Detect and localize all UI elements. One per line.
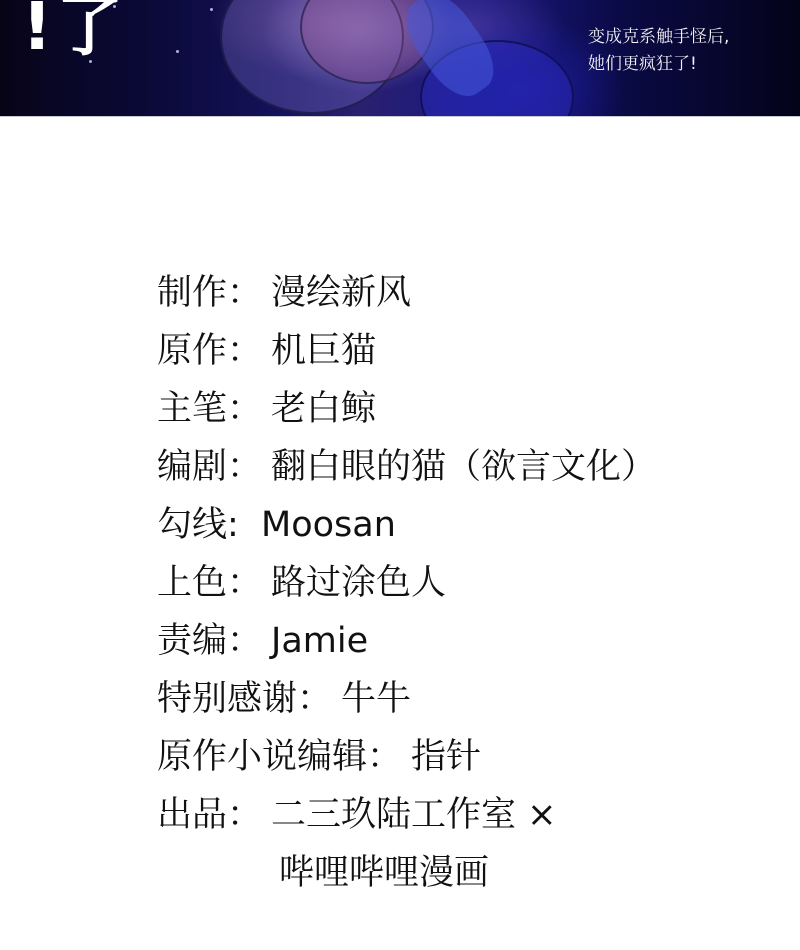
credit-publisher: 出品 ： 二三玖陆工作室 × — [157, 786, 656, 844]
credit-lead-artist: 主笔 ： 老白鲸 — [157, 380, 656, 438]
credit-original-work: 原作 ： 机巨猫 — [157, 322, 656, 380]
credit-name: 机巨猫 — [271, 322, 376, 380]
credit-separator: ： — [367, 728, 411, 786]
credit-role: 主笔 — [157, 380, 227, 438]
credit-editor: 责编 ： Jamie — [157, 612, 656, 670]
credit-role: 特别感谢 — [157, 670, 297, 728]
credit-name: 路过涂色人 — [271, 554, 446, 612]
credit-special-thanks: 特别感谢 ： 牛牛 — [157, 670, 656, 728]
sparkle-icon — [176, 50, 179, 53]
caption-line-2: 她们更疯狂了! — [588, 51, 729, 78]
credit-separator: ： — [297, 670, 341, 728]
credit-line-art: 勾线 : Moosan — [157, 496, 656, 554]
credit-name: 老白鲸 — [271, 380, 376, 438]
credit-name: 二三玖陆工作室 × — [271, 786, 556, 844]
banner-title-fragment: !了 — [22, 0, 126, 60]
credit-name: 漫绘新风 — [271, 264, 411, 322]
caption-line-1: 变成克系触手怪后, — [588, 24, 729, 51]
credit-name: 翻白眼的猫（欲言文化） — [271, 438, 656, 496]
credit-name: 指针 — [411, 728, 481, 786]
credit-separator: ： — [227, 612, 271, 670]
credit-name: Jamie — [271, 612, 368, 670]
credit-screenwriter: 编剧 ： 翻白眼的猫（欲言文化） — [157, 438, 656, 496]
credit-publisher-continuation: 哔哩哔哩漫画 — [157, 844, 656, 902]
credit-separator: ： — [227, 438, 271, 496]
credit-separator: ： — [227, 322, 271, 380]
credit-role: 制作 — [157, 264, 227, 322]
credit-coloring: 上色 ： 路过涂色人 — [157, 554, 656, 612]
credit-novel-editor: 原作小说编辑 ： 指针 — [157, 728, 656, 786]
credit-role: 上色 — [157, 554, 227, 612]
credit-production: 制作 ： 漫绘新风 — [157, 264, 656, 322]
comic-panel-banner: !了 变成克系触手怪后, 她们更疯狂了! — [0, 0, 800, 117]
credit-separator: ： — [227, 554, 271, 612]
panel-border — [0, 116, 800, 117]
credit-separator: ： — [227, 380, 271, 438]
credit-separator: ： — [227, 264, 271, 322]
credit-name: Moosan — [261, 496, 396, 554]
credit-role: 原作小说编辑 — [157, 728, 367, 786]
sparkle-icon — [210, 8, 213, 11]
credit-name: 牛牛 — [341, 670, 411, 728]
credit-role: 勾线 — [157, 496, 227, 554]
banner-caption: 变成克系触手怪后, 她们更疯狂了! — [588, 24, 729, 78]
credit-role: 出品 — [157, 786, 227, 844]
credit-role: 责编 — [157, 612, 227, 670]
credit-separator: ： — [227, 786, 271, 844]
credit-role: 原作 — [157, 322, 227, 380]
credit-separator: : — [227, 496, 261, 554]
credits-list: 制作 ： 漫绘新风 原作 ： 机巨猫 主笔 ： 老白鲸 编剧 ： 翻白眼的猫（欲… — [157, 264, 656, 902]
credit-role: 编剧 — [157, 438, 227, 496]
